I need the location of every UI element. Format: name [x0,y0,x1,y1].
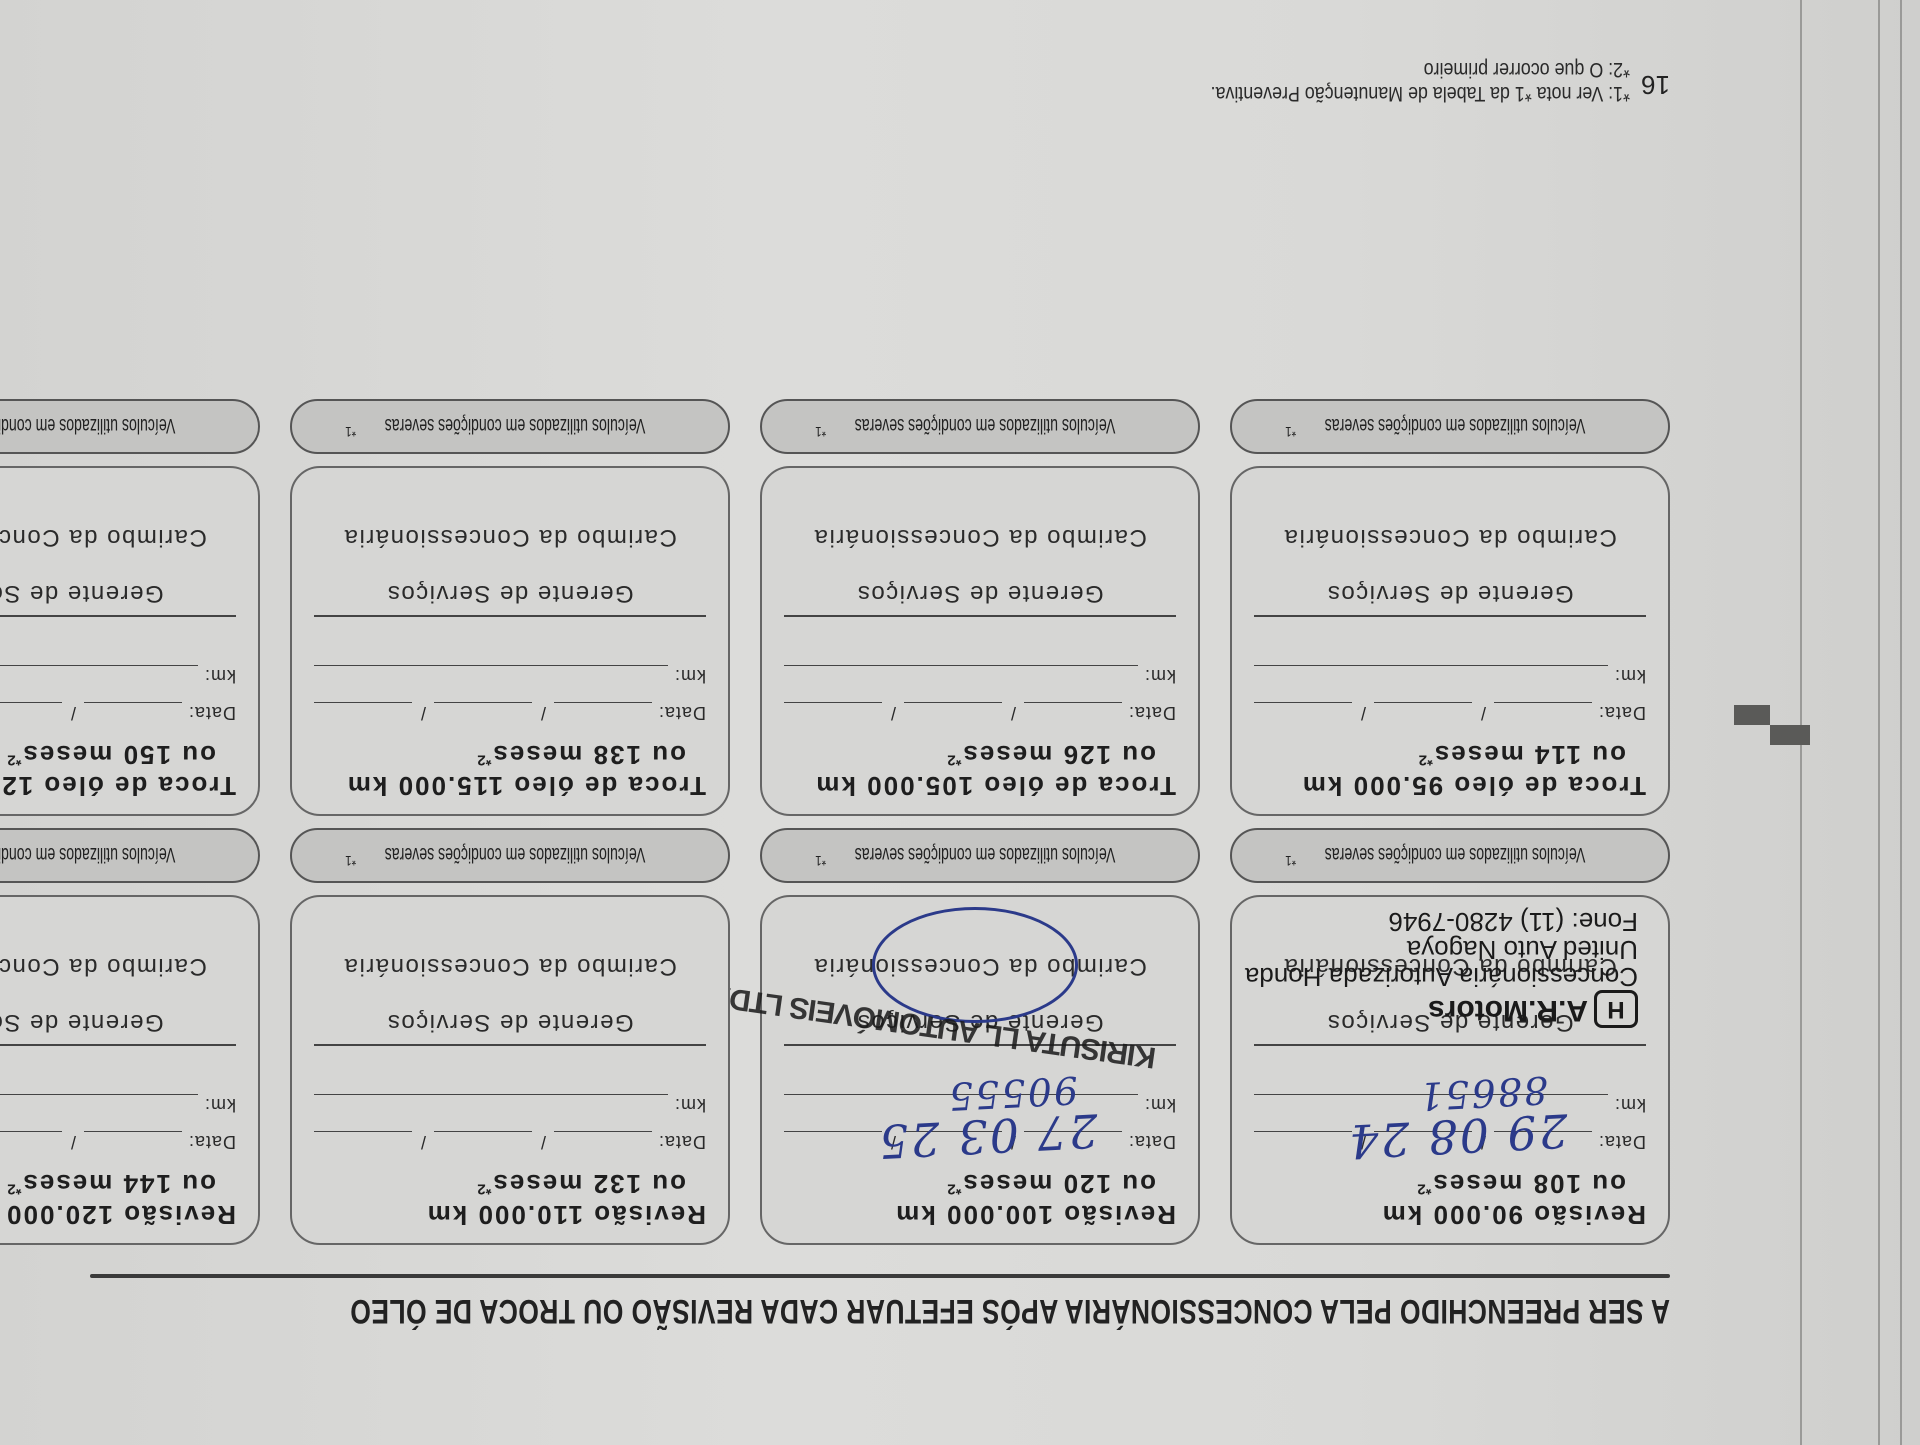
binding-edge [1878,0,1880,1445]
service-record-card: Revisão 110.000 km ou 132 meses*2 Data: … [290,895,730,1245]
service-record-card: Troca de óleo 115.000 km ou 138 meses*2 … [290,466,730,816]
footnotes: *1: Ver nota *1 da Tabela de Manutenção … [330,57,1630,105]
maintenance-column: Revisão 90.000 km ou 108 meses*2 Data: /… [1230,387,1670,1245]
service-record-card: Revisão 120.000 km ou 144 meses*2 Data: … [0,895,260,1245]
km-field[interactable]: km: [314,665,706,686]
manager-label: Gerente de Serviços [314,579,706,607]
stamp-label: Carimbo da Concessionária [314,952,706,980]
signature-line[interactable] [784,615,1176,617]
index-mark [1770,725,1810,745]
maintenance-column: Revisão 110.000 km ou 132 meses*2 Data: … [290,387,730,1245]
footnote-2: *2: O que ocorrer primeiro [525,57,1630,81]
manager-label: Gerente de Serviços [314,1008,706,1036]
handwritten-km: 88651 [1416,1068,1549,1119]
header-rule [90,1274,1670,1278]
service-months: ou 150 meses*2 [0,739,236,770]
rotated-page: A SER PREENCHIDO PELA CONCESSIONÁRIA APÓ… [0,0,1920,1445]
stamp-label: Carimbo da Concessionária [784,523,1176,551]
service-title: Troca de óleo 105.000 km [784,770,1176,800]
handwritten-km: 90555 [946,1068,1079,1119]
date-field[interactable]: Data: / / [0,1131,236,1152]
km-field[interactable]: km: [0,665,236,686]
page-number: 16 [1641,69,1670,100]
km-field[interactable]: km: [784,665,1176,686]
service-months: ou 108 meses*2 [1254,1168,1646,1199]
service-title: Troca de óleo 125.000 km [0,770,236,800]
km-field[interactable]: km: [0,1094,236,1115]
service-record-card: Troca de óleo 95.000 km ou 114 meses*2 D… [1230,466,1670,816]
honda-logo-icon: H [1594,990,1638,1028]
binding-edge [1800,0,1802,1445]
km-field[interactable]: km: [314,1094,706,1115]
signature-line[interactable] [314,615,706,617]
service-title: Troca de óleo 115.000 km [314,770,706,800]
binding-edge [1900,0,1902,1445]
booklet-page: A SER PREENCHIDO PELA CONCESSIONÁRIA APÓ… [0,0,1920,1445]
signature-line[interactable] [314,1044,706,1046]
severe-conditions-badge: Veículos utilizados em condições severas… [0,399,260,454]
index-mark [1734,705,1770,725]
severe-conditions-badge: Veículos utilizados em condições severas… [1230,828,1670,883]
date-field[interactable]: Data: / / [314,702,706,723]
manager-label: Gerente de Serviços [1254,579,1646,607]
service-title: Revisão 120.000 km [0,1199,236,1229]
manager-label: Gerente de Serviços [0,579,236,607]
date-field[interactable]: Data: / / [1254,702,1646,723]
signature-line[interactable] [0,615,236,617]
service-months: ou 126 meses*2 [784,739,1176,770]
service-record-card: Troca de óleo 105.000 km ou 126 meses*2 … [760,466,1200,816]
severe-conditions-badge: Veículos utilizados em condições severas… [290,828,730,883]
service-title: Troca de óleo 95.000 km [1254,770,1646,800]
service-record-card: Revisão 100.000 km ou 120 meses*2 Data: … [760,895,1200,1245]
manager-label: Gerente de Serviços [0,1008,236,1036]
footnote-1: *1: Ver nota *1 da Tabela de Manutenção … [525,81,1630,105]
severe-conditions-badge: Veículos utilizados em condições severas… [290,399,730,454]
service-months: ou 114 meses*2 [1254,739,1646,770]
service-title: Revisão 90.000 km [1254,1199,1646,1229]
service-months: ou 144 meses*2 [0,1168,236,1199]
signature-line[interactable] [0,1044,236,1046]
severe-conditions-badge: Veículos utilizados em condições severas… [760,399,1200,454]
manager-label: Gerente de Serviços [784,579,1176,607]
maintenance-column: Revisão 100.000 km ou 120 meses*2 Data: … [760,387,1200,1245]
km-field[interactable]: km: [1254,665,1646,686]
service-record-card: Revisão 90.000 km ou 108 meses*2 Data: /… [1230,895,1670,1245]
stamp-label: Carimbo da Concessionária [0,952,236,980]
stamp-label: Carimbo da Concessionária [1254,523,1646,551]
service-months: ou 138 meses*2 [314,739,706,770]
date-field[interactable]: Data: / / [784,702,1176,723]
page-header: A SER PREENCHIDO PELA CONCESSIONÁRIA APÓ… [150,1270,1670,1330]
stamp-label: Carimbo da Concessionária [0,523,236,551]
severe-conditions-badge: Veículos utilizados em condições severas… [0,828,260,883]
page-title: A SER PREENCHIDO PELA CONCESSIONÁRIA APÓ… [350,1291,1670,1330]
severe-conditions-badge: Veículos utilizados em condições severas… [1230,399,1670,454]
stamp-label: Carimbo da Concessionária [314,523,706,551]
dealer-stamp: HA.R.Motors Concessionária Autorizada Ho… [1245,908,1638,1028]
service-months: ou 120 meses*2 [784,1168,1176,1199]
date-field[interactable]: Data: / / [314,1131,706,1152]
signature-line[interactable] [1254,615,1646,617]
date-field[interactable]: Data: / / [0,702,236,723]
service-months: ou 132 meses*2 [314,1168,706,1199]
service-title: Revisão 110.000 km [314,1199,706,1229]
severe-conditions-badge: Veículos utilizados em condições severas… [760,828,1200,883]
service-title: Revisão 100.000 km [784,1199,1176,1229]
signature-line[interactable] [1254,1044,1646,1046]
maintenance-column: Revisão 120.000 km ou 144 meses*2 Data: … [0,387,260,1245]
service-record-card: Troca de óleo 125.000 km ou 150 meses*2 … [0,466,260,816]
